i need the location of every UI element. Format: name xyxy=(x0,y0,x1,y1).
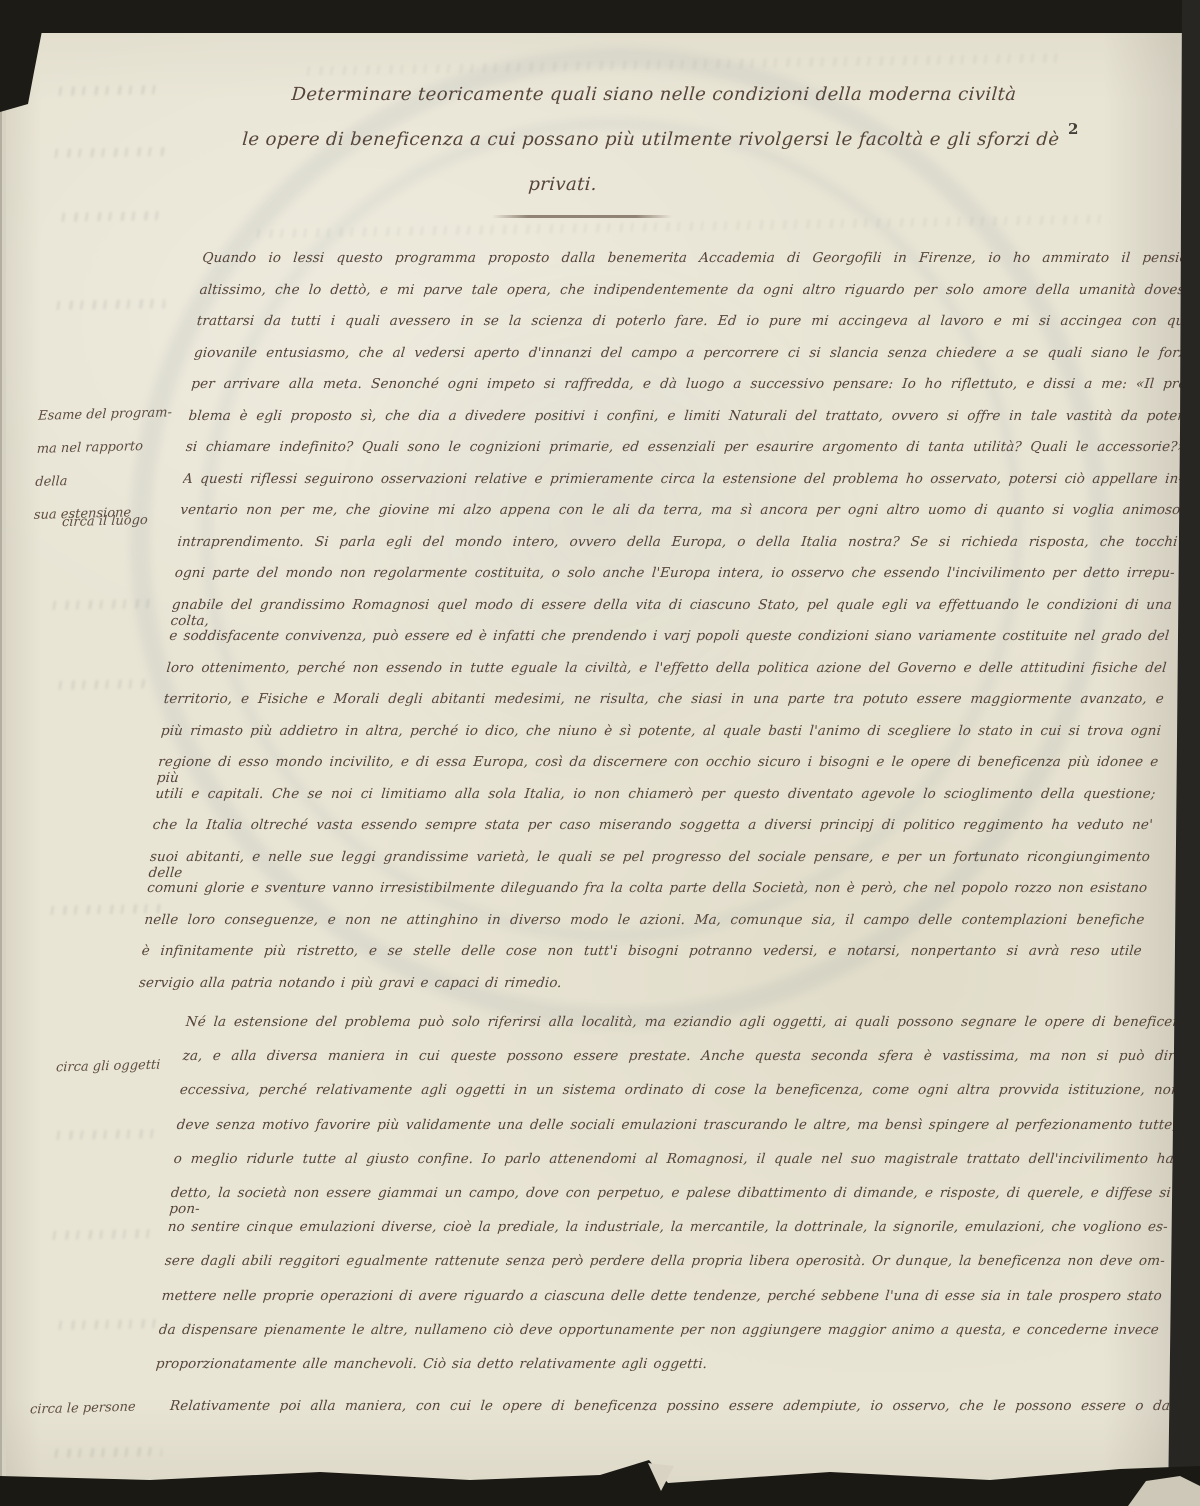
bleed-through-text xyxy=(52,85,162,96)
manuscript-line: A questi riflessi seguirono osservazioni… xyxy=(181,471,1184,503)
manuscript-line: Quando io lessi questo programma propost… xyxy=(200,250,1200,282)
manuscript-line: ogni parte del mondo non regolarmente co… xyxy=(173,565,1176,597)
scan-dark-edge-top xyxy=(0,0,1200,33)
manuscript-title: Determinare teoricamente quali siano nel… xyxy=(145,84,1154,219)
manuscript-line: o meglio ridurle tutte al giusto confine… xyxy=(171,1151,1174,1185)
manuscript-line: sere dagli abili reggitori egualmente ra… xyxy=(163,1253,1166,1287)
title-line: Determinare teoricamente quali siano nel… xyxy=(152,84,1155,129)
manuscript-line: detto, la società non essere giammai un … xyxy=(169,1185,1172,1219)
title-underline-flourish xyxy=(492,215,672,218)
manuscript-line: altissimo, che lo dettò, e mi parve tale… xyxy=(198,282,1200,314)
bleed-through-text xyxy=(52,1319,156,1330)
margin-note-oggetti: circa gli oggetti xyxy=(55,1049,161,1085)
manuscript-line: mettere nelle proprie operazioni di aver… xyxy=(160,1288,1163,1322)
manuscript-line: si chiamare indefinito? Quali sono le co… xyxy=(184,439,1187,471)
manuscript-page-scan: 2 Determinare teoricamente quali siano n… xyxy=(0,0,1200,1506)
manuscript-line: nelle loro conseguenze, e non ne attingh… xyxy=(142,912,1145,944)
manuscript-line: intraprendimento. Si parla egli del mond… xyxy=(176,534,1179,566)
manuscript-line: regione di esso mondo incivilito, e di e… xyxy=(156,754,1159,786)
manuscript-line: giovanile entusiasmo, che al vedersi ape… xyxy=(192,345,1195,377)
paragraph-persone: Relativamente poi alla maniera, con cui … xyxy=(169,1398,1170,1414)
manuscript-line: che la Italia oltreché vasta essendo sem… xyxy=(151,817,1154,849)
margin-note-line: ma nel rapporto della xyxy=(35,429,178,499)
title-line: privati. xyxy=(60,174,1063,219)
margin-note-persone: circa le persone xyxy=(29,1391,136,1427)
manuscript-line: eccessiva, perché relativamente agli ogg… xyxy=(177,1082,1180,1116)
bleed-through-text xyxy=(52,679,152,690)
margin-note-line: Esame del program- xyxy=(37,396,178,433)
manuscript-line: deve senza motivo favorire più validamen… xyxy=(174,1117,1177,1151)
manuscript-line: più rimasto più addietro in altra, perch… xyxy=(159,723,1162,755)
manuscript-line: Né la estensione del problema può solo r… xyxy=(183,1014,1186,1048)
manuscript-line: za, e alla diversa maniera in cui queste… xyxy=(180,1048,1183,1082)
manuscript-line: territorio, e Fisiche e Morali degli abi… xyxy=(162,691,1165,723)
manuscript-line: proporzionatamente alle manchevoli. Ciò … xyxy=(154,1356,1157,1390)
manuscript-line: no sentire cinque emulazioni diverse, ci… xyxy=(166,1219,1169,1253)
manuscript-line: blema è egli proposto sì, che dia a dive… xyxy=(187,408,1190,440)
manuscript-line: è infinitamente più ristretto, e se stel… xyxy=(140,943,1143,975)
bleed-through-text xyxy=(50,1129,160,1140)
manuscript-line: servigio alla patria notando i più gravi… xyxy=(137,975,1140,1007)
margin-note-luogo: circa il luogo xyxy=(61,504,148,539)
manuscript-line: gnabile del grandissimo Romagnosi quel m… xyxy=(170,597,1173,629)
manuscript-line: trattarsi da tutti i quali avessero in s… xyxy=(195,313,1198,345)
manuscript-line: comuni glorie e sventure vanno irresisti… xyxy=(145,880,1148,912)
manuscript-line: da dispensare pienamente le altre, nulla… xyxy=(157,1322,1160,1356)
manuscript-line: e soddisfacente convivenza, può essere e… xyxy=(167,628,1170,660)
paragraph-oggetti: Né la estensione del problema può solo r… xyxy=(154,1014,1187,1390)
paragraph-estensione: Quando io lessi questo programma propost… xyxy=(137,250,1200,1006)
manuscript-line: per arrivare alla meta. Senonché ogni im… xyxy=(189,376,1192,408)
title-line: le opere di beneficenza a cui possano pi… xyxy=(148,129,1151,174)
manuscript-line: suoi abitanti, e nelle sue leggi grandis… xyxy=(148,849,1151,881)
manuscript-line: Relativamente poi alla maniera, con cui … xyxy=(169,1398,1170,1414)
manuscript-line: utili e capitali. Che se noi ci limitiam… xyxy=(153,786,1156,818)
manuscript-line: loro ottenimento, perché non essendo in … xyxy=(164,660,1167,692)
manuscript-line: ventario non per me, che giovine mi alzo… xyxy=(178,502,1181,534)
